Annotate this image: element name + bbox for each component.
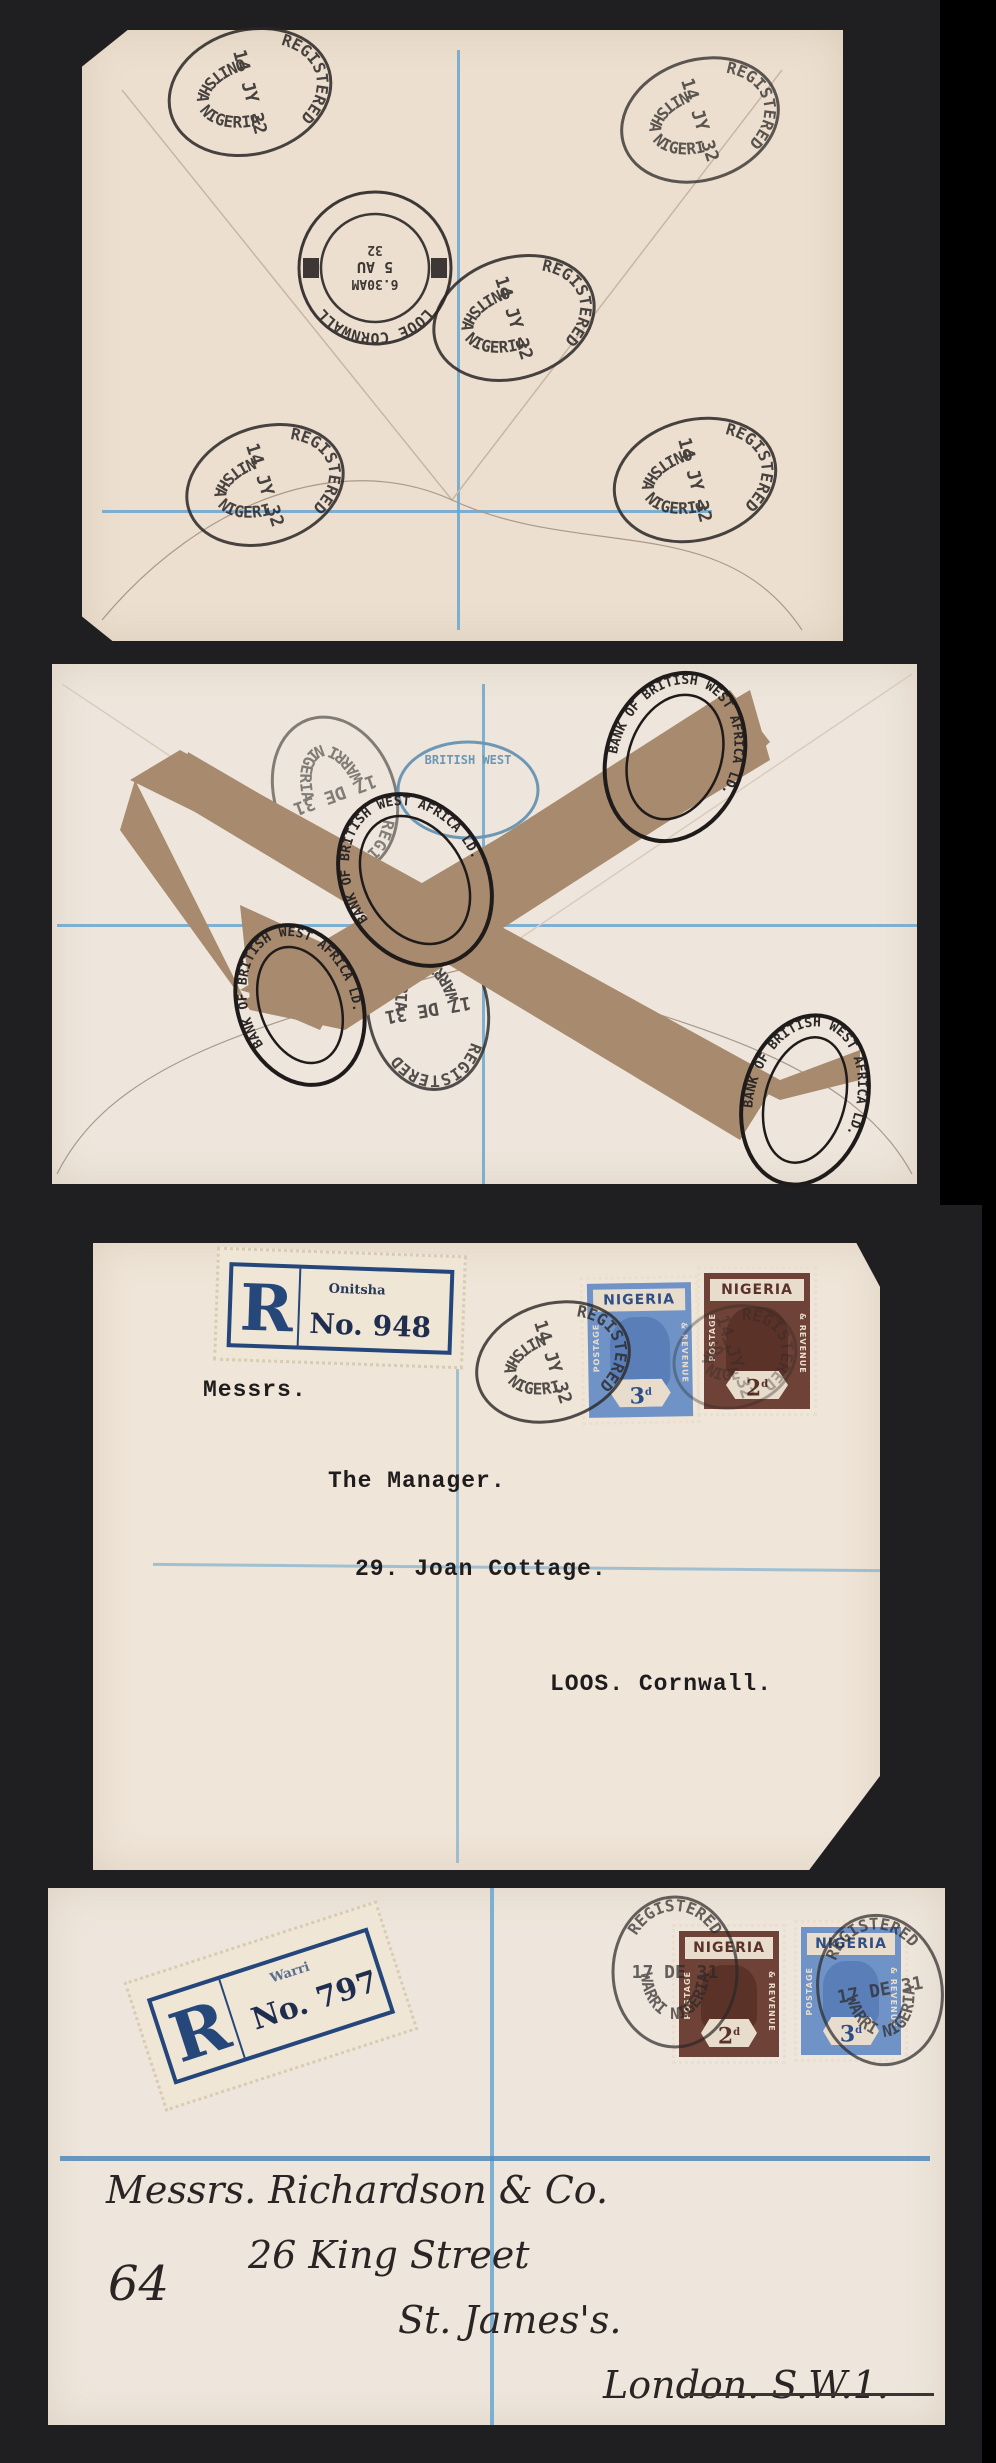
svg-text:17 DE 31: 17 DE 31 xyxy=(632,1962,719,1983)
postmark-registered: REGISTEREDWARRI NIGERIA17 DE 31 xyxy=(806,1904,954,2074)
svg-text:REGISTERED: REGISTERED xyxy=(624,1896,726,1938)
postmark-registered: REGISTEREDWARRI NIGERIA17 DE 31 xyxy=(613,1896,737,2047)
postmarks-envelope-4: REGISTEREDWARRI NIGERIA17 DE 31REGISTERE… xyxy=(0,0,996,2463)
